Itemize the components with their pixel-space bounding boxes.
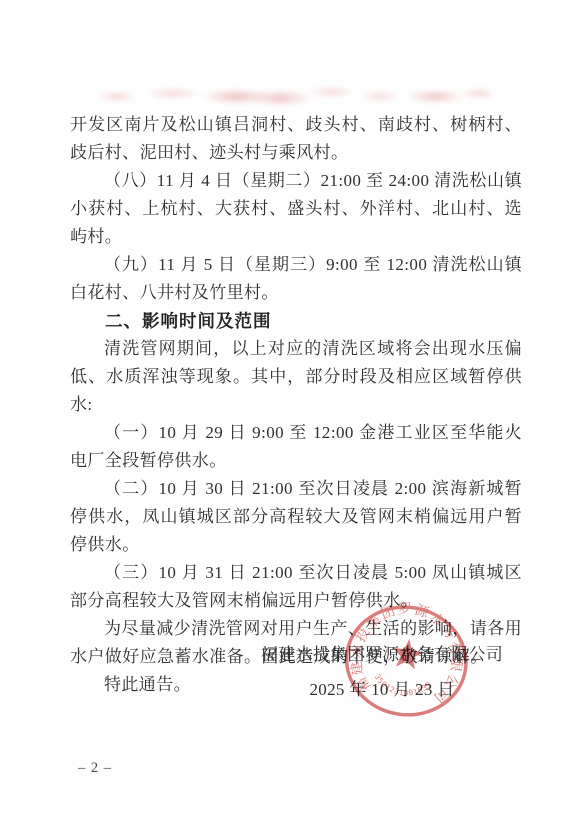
issuer-company-name: 福建水投集团罗源水务有限公司 xyxy=(258,641,506,669)
paragraph-stoppage-1: （一）10 月 29 日 9:00 至 12:00 金港工业区至华能火电厂全段暂… xyxy=(70,419,522,475)
notice-page: 开发区南片及松山镇吕洞村、歧头村、南歧村、树柄村、歧后村、泥田村、迹头村与乘风村… xyxy=(0,0,588,838)
signature-block: 福建水投集团罗源水务有限公司 2025 年 10 月 23 日 xyxy=(258,641,506,704)
paragraph-stoppage-2: （二）10 月 30 日 21:00 至次日凌晨 2:00 滨海新城暂停供水，凤… xyxy=(70,475,522,559)
page-number: – 2 – xyxy=(78,760,112,777)
paragraph-item-8: （八）11 月 4 日（星期二）21:00 至 24:00 清洗松山镇小获村、上… xyxy=(70,167,522,251)
red-stamp-bleed-through xyxy=(93,80,491,110)
paragraph-village-list-continued: 开发区南片及松山镇吕洞村、歧头村、南歧村、树柄村、歧后村、泥田村、迹头村与乘风村… xyxy=(70,111,522,167)
section-heading-impact: 二、影响时间及范围 xyxy=(70,307,522,335)
paragraph-impact-intro: 清洗管网期间，以上对应的清洗区域将会出现水压偏低、水质浑浊等现象。其中，部分时段… xyxy=(70,335,522,419)
issue-date: 2025 年 10 月 23 日 xyxy=(258,676,506,704)
paragraph-stoppage-3: （三）10 月 31 日 21:00 至次日凌晨 5:00 凤山镇城区部分高程较… xyxy=(70,559,522,615)
notice-body: 开发区南片及松山镇吕洞村、歧头村、南歧村、树柄村、歧后村、泥田村、迹头村与乘风村… xyxy=(70,111,522,699)
paragraph-item-9: （九）11 月 5 日（星期三）9:00 至 12:00 清洗松山镇白花村、八井… xyxy=(70,251,522,307)
